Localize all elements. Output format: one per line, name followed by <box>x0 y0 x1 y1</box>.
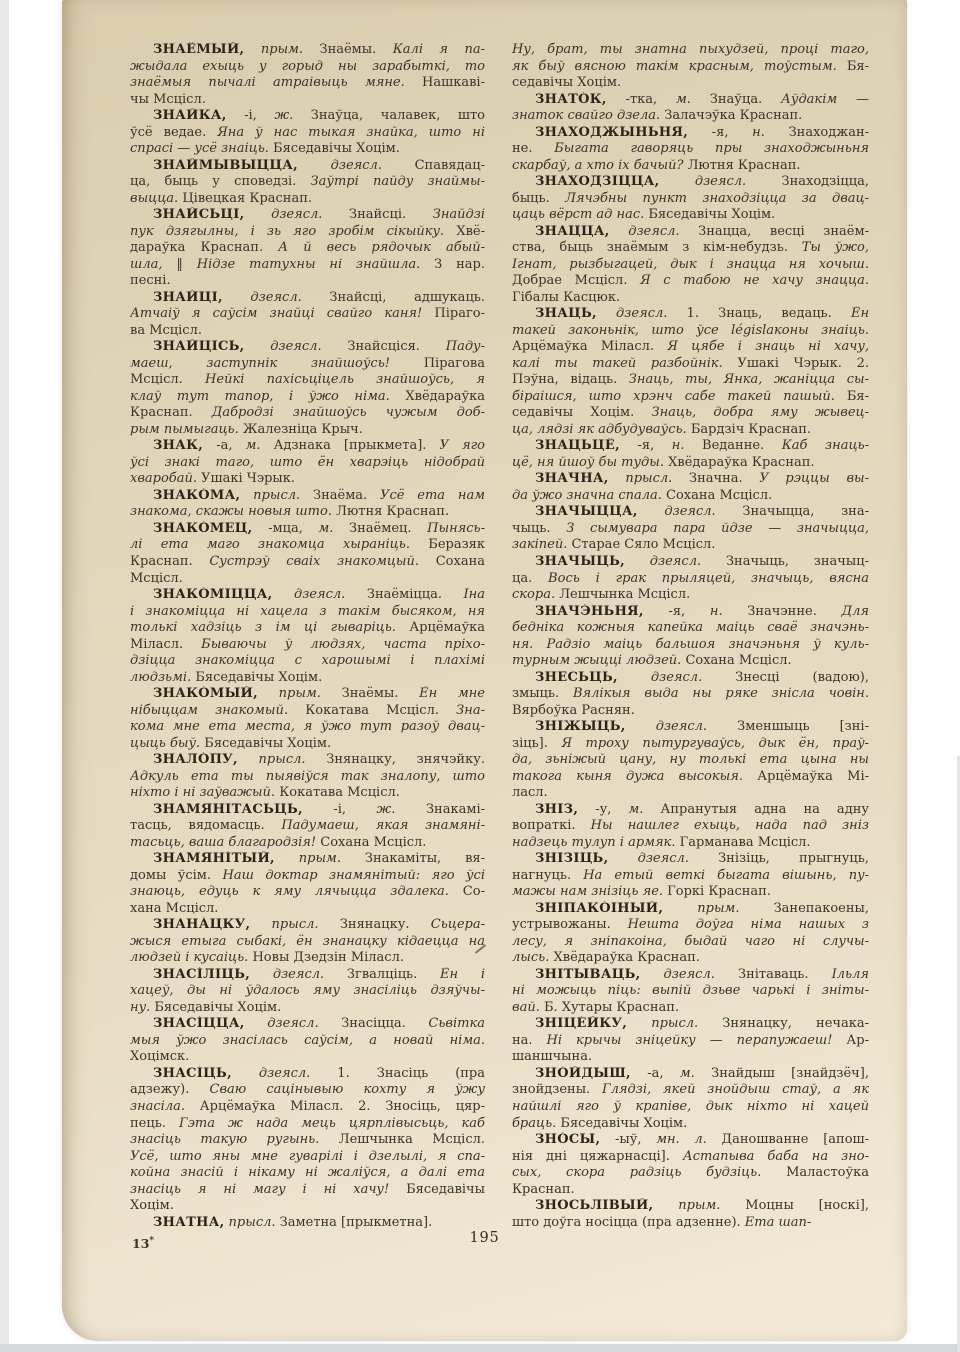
text-line: на. Ні крычы зніцейку — перапужаеш! Ар- <box>512 1033 869 1050</box>
text-line: ЗНО́ЙДЫШ, -а, м. Знайдыш [знайдзёч], <box>512 1066 869 1083</box>
text-line: нагнуць. На етый веткі быгата вішынь, пу… <box>512 868 869 885</box>
text-segment: спрасі — усё знаіць. <box>130 141 269 156</box>
text-line: шла, ‖ Нідзе татухны ні знайшла. З нар. <box>130 257 485 274</box>
text-segment: як быў вясною такім красным, тоўстым. <box>512 59 837 74</box>
text-line: нія дні цяжарнасці]. Астапыва баба на зн… <box>512 1149 869 1166</box>
text-segment: Знакаміты, вя- <box>341 851 485 866</box>
text-segment: хана Мсцісл. <box>130 901 218 916</box>
text-segment: рым пымыгаць. <box>130 422 239 437</box>
text-segment: Усё ета нам <box>367 488 485 503</box>
text-segment: знасіць такую ругынь. <box>130 1132 319 1147</box>
headword: ЗНАСІ́ЦЬ, <box>153 1066 232 1081</box>
text-segment: Жалезніца Крыч. <box>239 422 363 437</box>
text-line: да, зьніжый цану, ну толькі ета цына ны <box>512 752 869 769</box>
text-line: ЗНАЧЭ́НЬНЯ, -я, н. Значэнне. Для <box>512 604 869 621</box>
headword: ЗНАЧНА, <box>535 471 609 486</box>
text-line: знасіць я ні магу і ні хачу! Бяседавічы <box>130 1182 485 1199</box>
text-segment: койна знасій і нікаму ні жаліўся, а далі… <box>130 1165 485 1180</box>
text-segment: мыя ўжо знасілась саўсім, а новай німа. <box>130 1033 485 1048</box>
text-segment: да ўжо значна спала. <box>512 488 662 503</box>
text-segment: Знайдзі <box>406 207 485 222</box>
text-segment: хваробай. <box>130 471 197 486</box>
dictionary-page: ЗНАЁМЫЙ, прым. Знаёмы. Калі я па-жыдала … <box>62 0 907 1341</box>
headword: ЗНАЁМЫЙ, <box>153 42 244 57</box>
text-line: лесу, я зніпакоіна, быдай чаго ні случы- <box>512 934 869 951</box>
text-segment: прысл. <box>250 917 318 932</box>
text-segment: У рэццы вы- <box>743 471 869 486</box>
text-segment: Знайдыш [знайдзёч], <box>695 1066 869 1081</box>
text-line: Усё, што яны мне гуварілі і дзелылі, я с… <box>130 1149 485 1166</box>
text-segment: Апранутыя адна на адну <box>643 802 869 817</box>
text-segment: ўсі знакі таго, што ён хварэіць нідобрай <box>130 455 485 470</box>
text-line: ЗНІЗІЦЬ, дзеясл. Знізіць, прыгнуць, <box>512 851 869 868</box>
text-line: як быў вясною такім красным, тоўстым. Бя… <box>512 59 869 76</box>
text-segment: Арцёмаўка Міласл. <box>512 339 654 354</box>
text-segment: Знаўца. <box>691 92 762 107</box>
text-segment: ж. <box>346 802 395 817</box>
text-line: седавічы Хоцім. <box>512 75 869 92</box>
text-segment: Арцёмаўка Міласл. 2. Зносіць, цяр- <box>185 1099 485 1114</box>
text-line: ЗНАКО́МЫЙ, прым. Знаёмы. Ён мне <box>130 686 485 703</box>
headword: ЗНАМЯНІ́ТЫЙ, <box>153 851 275 866</box>
text-segment: Краснап. <box>130 405 193 420</box>
text-segment: Лячэбны пункт знаходзіцца за двац- <box>550 191 869 206</box>
text-segment: Б. Хутары Краснап. <box>540 1000 679 1015</box>
text-segment: знасіць я ні магу і ні хачу! <box>130 1182 389 1197</box>
text-line: надзець тулуп і армяк. Гарманава Мсцісл. <box>512 835 869 852</box>
text-segment: маеш, заступнік знайшоўсь! <box>130 356 390 371</box>
headword: ЗНІЗ, <box>535 802 578 817</box>
text-line: ЗНАЙЦІ, дзеясл. Знайсці, адшукаць. <box>130 290 485 307</box>
text-segment: -і, <box>227 108 257 123</box>
text-segment: Бяседавічы Хоцім. <box>269 141 400 156</box>
text-segment: Занепакоены, <box>739 901 869 916</box>
text-segment: Вялікыя выда ны ряке знісла човін. <box>559 686 869 701</box>
text-line: Ігнат, рызбыгацей, дык і знацца ня хочыш… <box>512 257 869 274</box>
text-segment: браць. <box>512 1116 556 1131</box>
text-segment: Хоцім. <box>130 1198 174 1213</box>
text-segment: Значыцца, зна- <box>716 504 869 519</box>
text-segment: ласл. <box>512 785 548 800</box>
text-line: лі ета маго знакомца хыраніць. Беразяк <box>130 537 485 554</box>
text-segment: Маластоўка <box>761 1165 869 1180</box>
text-segment: прым. <box>663 901 739 916</box>
text-line: людзьмі. Бяседавічы Хоцім. <box>130 670 485 687</box>
text-line: пець. Гэта ж нада мець цярплівысьць, каб <box>130 1116 485 1133</box>
text-segment: выцца. <box>130 191 178 206</box>
text-segment: Нейкі пахісьціцель знайшоўсь, я <box>183 372 485 387</box>
text-segment: толькі хадзіць з ім ці гываріць. <box>130 620 396 635</box>
text-line: Добрае Мсцісл. Я с табою не хачу знацца. <box>512 273 869 290</box>
text-segment: Сваю сацінывыю кохту я ўжу <box>189 1082 485 1097</box>
text-segment: вопраткі. <box>512 818 576 833</box>
text-segment: Мсцісл. <box>130 571 183 586</box>
text-segment: Знаходзіцца, <box>746 174 869 189</box>
text-line: шаншчына. <box>512 1049 869 1066</box>
text-segment: Знаёма. <box>300 488 367 503</box>
text-line: знакома, скажы новыя што. Лютня Краснап. <box>130 504 485 521</box>
text-line: Вярбоўка Раснян. <box>512 703 869 720</box>
text-segment: У яго <box>426 438 485 453</box>
text-segment: Гарманава Мсцісл. <box>675 835 810 850</box>
text-segment: скора. <box>512 587 555 602</box>
text-line: тасць, вядомасць. Падумаеш, якая знамяні… <box>130 818 485 835</box>
text-segment: Моцны [носкі], <box>720 1198 869 1213</box>
text-segment: -я, <box>688 125 728 140</box>
text-segment: Знесці (вадою), <box>702 670 869 685</box>
text-segment: Сохана <box>419 554 485 569</box>
text-segment: Наш доктар знамянітый: яго ўсі <box>211 868 485 883</box>
text-segment: Заўтрі пайду знаймы- <box>296 174 485 189</box>
text-segment: дзеясл. <box>232 1066 310 1081</box>
text-segment: нагнуць. <box>512 868 571 883</box>
text-line: ЗНОСЬЛІВЫЙ, прым. Моцны [носкі], <box>512 1198 869 1215</box>
text-line: песні. <box>130 273 485 290</box>
text-line: ЗНАЦЬ, дзеясл. 1. Знаць, ведаць. Ён <box>512 306 869 323</box>
text-segment: Веданне. <box>684 438 764 453</box>
text-segment: 1. Знаць, ведаць. <box>667 306 831 321</box>
text-segment: і знакоміцца ні хацела з такім бысяком, … <box>130 604 485 619</box>
text-segment: пець. <box>130 1116 166 1131</box>
text-line: Краснап. Дабродзі знайшоўсь чужым доб- <box>130 405 485 422</box>
text-segment: адзежу). <box>130 1082 189 1097</box>
text-segment: знойдзены. <box>512 1082 590 1097</box>
text-segment: Я троху пытургуваўсь, дык ён, праў- <box>548 736 869 751</box>
text-line: хваробай. Ушакі Чэрык. <box>130 471 485 488</box>
text-line: да ўжо значна спала. Сохана Мсцісл. <box>512 488 869 505</box>
text-segment: домы ўсім. <box>130 868 211 883</box>
headword: ЗНАЙСЬЦІ, <box>153 207 244 222</box>
text-segment: знаток свайго дзела. <box>512 108 660 123</box>
text-line: ЗНАЦЬЦЁ, -я, н. Веданне. Каб знаць- <box>512 438 869 455</box>
text-segment: Ушакі Чэрык. 2. <box>723 356 869 371</box>
text-segment: Заметна [прыкметна]. <box>276 1215 433 1230</box>
text-segment: прысл. <box>609 471 673 486</box>
text-segment: Хоцімск. <box>130 1049 189 1064</box>
text-segment: Гібалы Касцюк. <box>512 290 620 305</box>
text-line: ЗНАЙМЫВЫЦЦА, дзеясл. Спавядац- <box>130 158 485 175</box>
text-segment: Знацца, весці знаём- <box>680 224 869 239</box>
text-line: адзежу). Сваю сацінывыю кохту я ўжу <box>130 1082 485 1099</box>
text-line: тасьць, ваша благародзія! Сохана Мсцісл. <box>130 835 485 852</box>
text-segment: дзеясл. <box>660 174 747 189</box>
text-segment: прым. <box>244 42 303 57</box>
text-line: хана Мсцісл. <box>130 901 485 918</box>
text-segment: Адзнака [прыкмета]. <box>261 438 427 453</box>
text-segment: Вярбоўка Раснян. <box>512 703 635 718</box>
text-segment: н. <box>685 604 722 619</box>
text-segment: Значна. <box>672 471 742 486</box>
text-segment: нібыццам знакомый. <box>130 703 288 718</box>
text-segment: дзеясл. <box>272 587 345 602</box>
text-line: ЗНАТНА, прысл. Заметна [прыкметна]. <box>130 1215 485 1232</box>
text-segment: Знянацку. <box>319 917 410 932</box>
text-segment: Знасіцца. <box>319 1016 406 1031</box>
scanned-dictionary-page: { "footer": { "signature": "13", "signat… <box>0 0 960 1352</box>
text-segment: Залачэўка Краснап. <box>660 108 802 123</box>
text-segment: дзеясл. <box>626 719 707 734</box>
text-segment: цаць вёрст ад нас. <box>512 207 644 222</box>
text-line: ЗНАНА́ЦКУ, прысл. Знянацку. Сьцера- <box>130 917 485 934</box>
text-segment: 1. Знасіць (пра <box>310 1066 485 1081</box>
text-segment: -а, <box>203 438 232 453</box>
text-line: ЗНАЧНА, прысл. Значна. У рэццы вы- <box>512 471 869 488</box>
text-segment: Пэўна, відаць. <box>512 372 617 387</box>
text-line: рым пымыгаць. Жалезніца Крыч. <box>130 422 485 439</box>
text-segment: Ну, брат, ты знатна пыхудзей, проці таго… <box>512 42 869 57</box>
text-line: ЗНАКО́МЕЦ, -мца, м. Знаёмец. Пынясь- <box>130 521 485 538</box>
text-segment: З сымувара пара йдзе — значыцца, <box>551 521 869 536</box>
text-line: змыць. Вялікыя выда ны ряке знісла човін… <box>512 686 869 703</box>
text-segment: Бяседавічы Хоцім. <box>150 1000 281 1015</box>
text-segment: Со- <box>449 884 485 899</box>
text-segment: Ушакі Чэрык. <box>197 471 295 486</box>
text-line: ЗНАЛО́ПУ, прысл. Знянацку, знячэйку. <box>130 752 485 769</box>
text-line: толькі хадзіць з ім ці гываріць. Арцёмаў… <box>130 620 485 637</box>
headword: ЗНІПАКО́ІНЫЙ, <box>535 901 663 916</box>
text-segment: быць. <box>512 191 550 206</box>
text-segment: Аўдакім — <box>762 92 869 107</box>
text-segment: Іна <box>442 587 485 602</box>
text-line: ні можыць піць: выпій дзьве чарькі і зні… <box>512 983 869 1000</box>
text-segment: ўсё ведае. <box>130 125 206 140</box>
scan-edge-left <box>0 0 9 1352</box>
text-segment: З нар. <box>420 257 485 272</box>
text-line: найшлі яго ў крапіве, дык ніхто ні хацей <box>512 1099 869 1116</box>
text-line: зіць]. Я троху пытургуваўсь, дык ён, пра… <box>512 736 869 753</box>
text-line: ЗНАЙСЬЦІ, дзеясл. Знайсці. Знайдзі <box>130 207 485 224</box>
text-segment: Сустрэў сваіх знакомцый. <box>193 554 419 569</box>
text-segment: Кокатава Мсцісл. <box>275 785 400 800</box>
text-segment: Я цябе і знаць ні хачу, <box>654 339 869 354</box>
text-segment: ца, лядзі як адбудуваўсь. <box>512 422 687 437</box>
text-line: ЗНАСІ́ЦЬ, дзеясл. 1. Знасіць (пра <box>130 1066 485 1083</box>
text-line: цыць быў. Бяседавічы Хоцім. <box>130 736 485 753</box>
text-segment: Згвалціць. <box>324 967 417 982</box>
headword: ЗНАЙМЫВЫЦЦА, <box>153 158 298 173</box>
text-segment: тасьць, ваша благародзія! <box>130 835 316 850</box>
text-line: закіпей. Старае Сяло Мсцісл. <box>512 537 869 554</box>
text-segment: Ён мне <box>398 686 485 701</box>
text-segment: ца, быць у споведзі. <box>130 174 296 189</box>
text-segment: нія дні цяжарнасці]. <box>512 1149 670 1164</box>
text-segment: Быгата гаворяць пры знаходжыньня <box>533 141 870 156</box>
text-segment: устрывожаны. <box>512 917 611 932</box>
text-column-left: ЗНАЁМЫЙ, прым. Знаёмы. Калі я па-жыдала … <box>130 42 485 1231</box>
text-line: знасіць такую ругынь. Лешчынка Мсцісл. <box>130 1132 485 1149</box>
headword: ЗНАНА́ЦКУ, <box>153 917 250 932</box>
text-segment: дзеясл. <box>245 1016 319 1031</box>
text-segment: Піраго- <box>422 306 485 321</box>
text-line: знасіла. Арцёмаўка Міласл. 2. Зносіць, ц… <box>130 1099 485 1116</box>
text-line: што доўга носіцца (пра адзенне). Ета шап… <box>512 1215 869 1232</box>
text-line: ЗНАМЯНІ́ТЫЙ, прым. Знакаміты, вя- <box>130 851 485 868</box>
text-segment: надзець тулуп і армяк. <box>512 835 675 850</box>
headword: ЗНАЦЦА, <box>535 224 610 239</box>
text-segment: Ён і <box>417 967 485 982</box>
text-segment: дзеясл. <box>608 851 688 866</box>
text-segment: мн. л. <box>642 1132 707 1147</box>
text-segment: Краснап. <box>512 1182 575 1197</box>
text-segment: Знайсці. <box>322 207 406 222</box>
text-segment: Усё, што яны мне гуварілі і дзелылі, я с… <box>130 1149 485 1164</box>
text-segment: ж. <box>257 108 293 123</box>
text-line: калі ты такей разбойнік. Ушакі Чэрык. 2. <box>512 356 869 373</box>
text-segment: -я, <box>644 604 685 619</box>
text-segment: седавічы Хоцім. <box>512 405 634 420</box>
text-segment: на. <box>512 1033 533 1048</box>
text-segment: Лютня Краснап. <box>332 504 449 519</box>
text-segment: дзеясл. <box>298 158 382 173</box>
text-segment: Каб знаць- <box>764 438 869 453</box>
text-line: Краснап. Сустрэў сваіх знакомцый. Сохана <box>130 554 485 571</box>
text-segment: дзеясл. <box>244 207 322 222</box>
text-line: ніхто і ні заўважый. Кокатава Мсцісл. <box>130 785 485 802</box>
text-segment: да, зьніжый цану, ну толькі ета цына ны <box>512 752 869 767</box>
text-segment: дзеясл. <box>244 339 321 354</box>
text-segment: Ар- <box>832 1033 869 1048</box>
text-segment: Кокатава Мсцісл. <box>288 703 439 718</box>
text-segment: Старае Сяло Мсцісл. <box>567 537 715 552</box>
text-line: ЗНО́СЫ, -ыў, мн. л. Даношванне [апош- <box>512 1132 869 1149</box>
text-line: пук дзягылны, і зь яго зробім сікыйку. Х… <box>130 224 485 241</box>
text-segment: такей законьнік, што ўсе législаконы зна… <box>512 323 869 338</box>
text-segment: Зменшыць [зні- <box>707 719 869 734</box>
text-segment: ня. Радзіо маіць бальшоя значэньня ў кул… <box>512 637 869 652</box>
text-segment: н. <box>654 438 684 453</box>
text-segment: дзеясл. <box>250 967 324 982</box>
text-line: і знакоміцца ні хацела з такім бысяком, … <box>130 604 485 621</box>
text-segment: На етый веткі быгата вішынь, пу- <box>571 868 869 883</box>
text-segment: Беразяк <box>410 537 485 552</box>
text-segment: Горкі Краснап. <box>663 884 771 899</box>
text-segment: Арцёмаўка <box>396 620 485 635</box>
text-segment: людзей і кусаіць. <box>130 950 248 965</box>
text-segment: Бяседавічы Хоцім. <box>191 670 322 685</box>
text-segment: бедніка кожныя капейка маіць сваё значэн… <box>512 620 869 635</box>
text-line: мажы нам знізіць яе. Горкі Краснап. <box>512 884 869 901</box>
text-segment: песні. <box>130 273 171 288</box>
text-line: ЗНІЗ, -у, м. Апранутыя адна на адну <box>512 802 869 819</box>
text-line: ласл. <box>512 785 869 802</box>
text-segment: -я, <box>620 438 654 453</box>
headword: ЗНІЖЫЦЬ, <box>535 719 626 734</box>
text-line: браць. Бяседавічы Хоцім. <box>512 1116 869 1133</box>
text-line: такей законьнік, што ўсе législаконы зна… <box>512 323 869 340</box>
text-line: ну. Бяседавічы Хоцім. <box>130 1000 485 1017</box>
text-segment: Лешчынка Мсцісл. <box>555 587 690 602</box>
text-segment: дзеясл. <box>625 554 701 569</box>
text-segment: Я с табою не хачу знацца. <box>627 273 869 288</box>
text-segment: Знаходжан- <box>765 125 869 140</box>
text-line: ЗНАК, -а, м. Адзнака [прыкмета]. У яго <box>130 438 485 455</box>
text-line: ЗНІТЫВАЦЬ, дзеясл. Знітаваць. Ільля <box>512 967 869 984</box>
text-segment: Нешта доўга німа нашых з <box>611 917 869 932</box>
text-line: ца. Вось і грак прыляцей, значыць, вясна <box>512 571 869 588</box>
text-line: скора. Лешчынка Мсцісл. <box>512 587 869 604</box>
text-line: Адкуль ета ты пыявіўся так зналопу, што <box>130 769 485 786</box>
text-segment: дзіцца знакоміцца с харошымі і плахімі <box>130 653 485 668</box>
text-line: клаў тут тапор, і ўжо німа. Хвёдараўка <box>130 389 485 406</box>
text-segment: Значыць, значыц- <box>701 554 869 569</box>
text-segment: Знаёмец. <box>333 521 411 536</box>
text-segment: сых, скора радзіць будзіць. <box>512 1165 761 1180</box>
text-segment: турным жыцці людзей. <box>512 653 681 668</box>
text-segment: знаёмыя пычалі атраівыць мяне. <box>130 75 405 90</box>
text-segment: Знітаваць. <box>715 967 809 982</box>
text-line: вопраткі. Ны нашлег ехыць, нада пад зніз <box>512 818 869 835</box>
text-segment: Падумаеш, якая знамяні- <box>265 818 485 833</box>
text-line: домы ўсім. Наш доктар знамянітый: яго ўс… <box>130 868 485 885</box>
text-line: знойдзены. Глядзі, якей знойдыш стаў, а … <box>512 1082 869 1099</box>
text-segment: лі ета маго знакомца хыраніць. <box>130 537 410 552</box>
text-line: спрасі — усё знаіць. Бяседавічы Хоцім. <box>130 141 485 158</box>
text-segment: м. <box>611 802 643 817</box>
text-segment: А й весь рядочык абый- <box>263 240 485 255</box>
text-segment: -і, <box>303 802 346 817</box>
headword: ЗНАСІ́ЛІЦЬ, <box>153 967 250 982</box>
headword: ЗНАЧЫЦЬ, <box>535 554 625 569</box>
headword: ЗНО́СЫ, <box>535 1132 600 1147</box>
text-segment: Бяседавічы Хоцім. <box>556 1116 687 1131</box>
text-line: ЗНАЦЦА, дзеясл. Знацца, весці знаём- <box>512 224 869 241</box>
text-line: ЗНАТО́К, -тка, м. Знаўца. Аўдакім — <box>512 92 869 109</box>
text-segment: Ты ўжо, <box>788 240 869 255</box>
text-line: знаюць, едуць к яму лячыцца здалека. Со- <box>130 884 485 901</box>
scan-edge-bottom <box>0 1344 960 1352</box>
text-line: жыся етыга сыбакі, ён знанацку кідаецца … <box>130 934 485 951</box>
text-segment: Сьцера- <box>409 917 485 932</box>
text-segment: ніхто і ні заўважый. <box>130 785 275 800</box>
headword: ЗНАК, <box>153 438 203 453</box>
text-segment: прым. <box>258 686 321 701</box>
text-segment: знасіла. <box>130 1099 185 1114</box>
text-segment: Ні крычы зніцейку — перапужаеш! <box>533 1033 833 1048</box>
text-segment: ства, быць знаёмым з кім-небудзь. <box>512 240 788 255</box>
text-line: Мсцісл. <box>130 571 485 588</box>
text-line: маеш, заступнік знайшоўсь! Пірагова <box>130 356 485 373</box>
text-segment: Знянацку, нечака- <box>698 1016 869 1031</box>
headword: ЗНАЙКА, <box>153 108 227 123</box>
text-segment: Калі я па- <box>376 42 485 57</box>
text-segment: м. <box>303 521 334 536</box>
text-segment: Лютня Краснап. <box>683 158 800 173</box>
text-line: Ну, брат, ты знатна пыхудзей, проці таго… <box>512 42 869 59</box>
text-segment: жыдала ехыць у горыд ны зарабыткі, то <box>130 59 485 74</box>
text-segment: Зна- <box>439 703 485 718</box>
text-line: турным жыцці людзей. Сохана Мсцісл. <box>512 653 869 670</box>
text-line: дараўка Краснап. А й весь рядочык абый- <box>130 240 485 257</box>
text-line: людзей і кусаіць. Новы Дзедзін Міласл. <box>130 950 485 967</box>
text-segment: закіпей. <box>512 537 567 552</box>
text-segment: Знаёмы. <box>303 42 376 57</box>
text-line: Краснап. <box>512 1182 869 1199</box>
text-line: ЗНЕСЬЦЬ, дзеясл. Знесці (вадою), <box>512 670 869 687</box>
text-column-right: Ну, брат, ты знатна пыхудзей, проці таго… <box>512 42 869 1231</box>
text-segment: такога кыня дужа высокыя. <box>512 769 743 784</box>
text-line: біраішся, што хрэнч сабе такей пашый. Бя… <box>512 389 869 406</box>
text-line: ЗНАХОДЖЫНЬНЯ, -я, н. Знаходжан- <box>512 125 869 142</box>
text-line: ЗНАХОДЗІЦЦА, дзеясл. Знаходзіцца, <box>512 174 869 191</box>
text-segment: Дабродзі знайшоўсь чужым доб- <box>193 405 485 420</box>
headword: ЗНАЦЬЦЁ, <box>535 438 620 453</box>
text-segment: шла, ‖ Нідзе татухны ні знайшла. <box>130 257 420 272</box>
text-segment: Сохана Мсцісл. <box>662 488 772 503</box>
text-line: не. Быгата гаворяць пры знаходжыньня <box>512 141 869 158</box>
text-line: вай. Б. Хутары Краснап. <box>512 1000 869 1017</box>
headword: ЗНАКО́МІЦЦА, <box>153 587 272 602</box>
text-segment: біраішся, што хрэнч сабе такей пашый. <box>512 389 835 404</box>
